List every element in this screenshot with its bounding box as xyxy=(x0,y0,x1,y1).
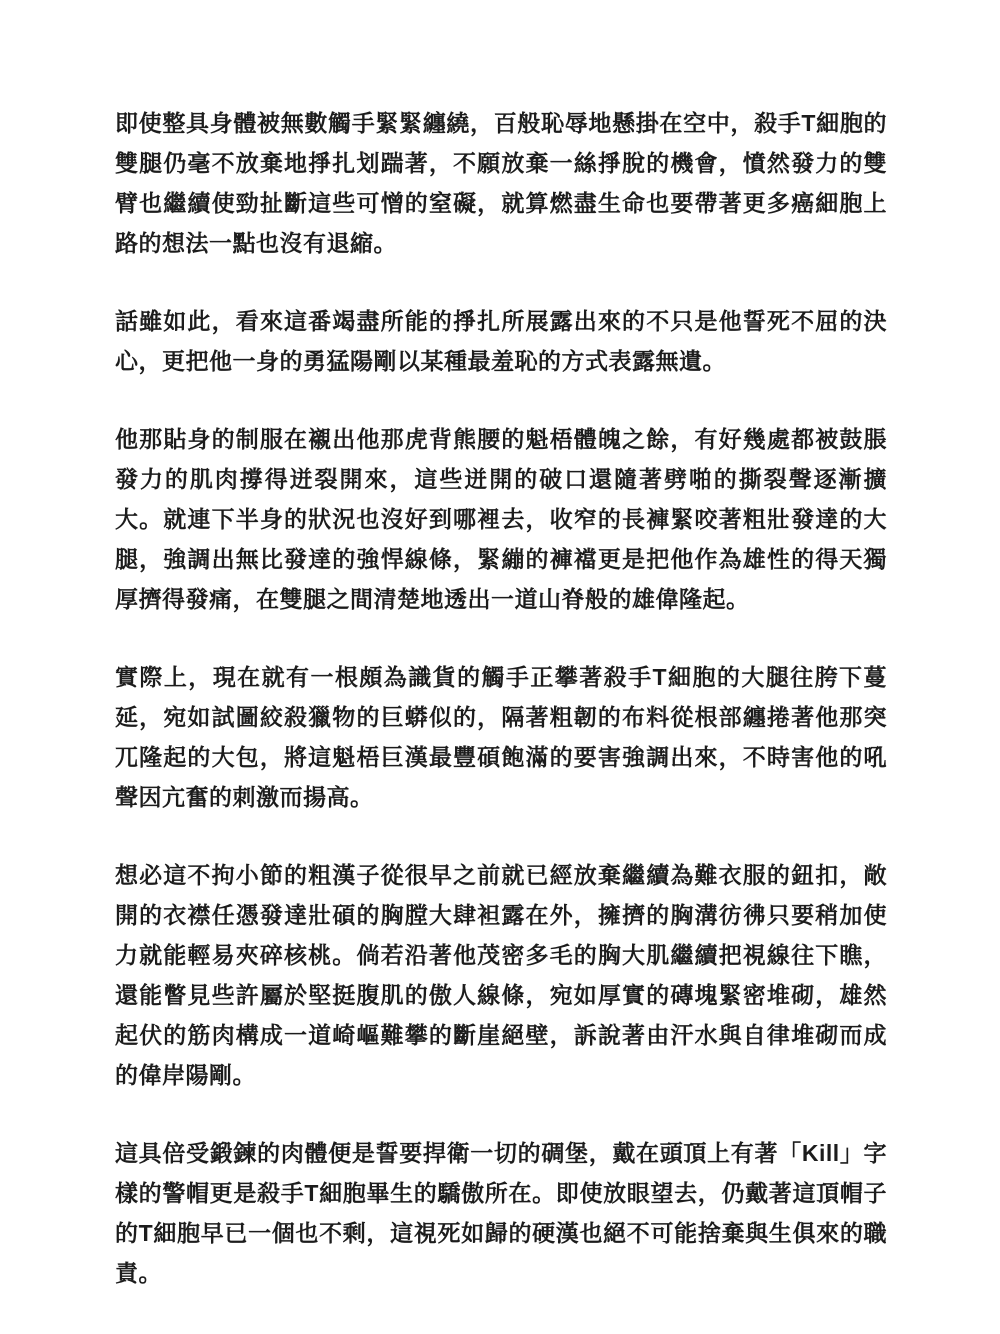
paragraph: 實際上，現在就有一根頗為識貨的觸手正攀著殺手T細胞的大腿往胯下蔓延，宛如試圖絞殺… xyxy=(115,657,887,817)
paragraph: 想必這不拘小節的粗漢子從很早之前就已經放棄繼續為難衣服的鈕扣，敞開的衣襟任憑發達… xyxy=(115,855,887,1095)
paragraph: 這具倍受鍛鍊的肉體便是誓要捍衛一切的碉堡，戴在頭頂上有著「Kill」字樣的警帽更… xyxy=(115,1133,887,1293)
document-page: 即使整具身體被無數觸手緊緊纏繞，百般恥辱地懸掛在空中，殺手T細胞的雙腿仍毫不放棄… xyxy=(0,0,1000,1334)
paragraph: 即使整具身體被無數觸手緊緊纏繞，百般恥辱地懸掛在空中，殺手T細胞的雙腿仍毫不放棄… xyxy=(115,103,887,263)
paragraph: 話雖如此，看來這番竭盡所能的掙扎所展露出來的不只是他誓死不屈的決心，更把他一身的… xyxy=(115,301,887,381)
text-content: 即使整具身體被無數觸手緊緊纏繞，百般恥辱地懸掛在空中，殺手T細胞的雙腿仍毫不放棄… xyxy=(115,103,887,1293)
paragraph: 他那貼身的制服在襯出他那虎背熊腰的魁梧體魄之餘，有好幾處都被鼓脹發力的肌肉撐得迸… xyxy=(115,419,887,619)
